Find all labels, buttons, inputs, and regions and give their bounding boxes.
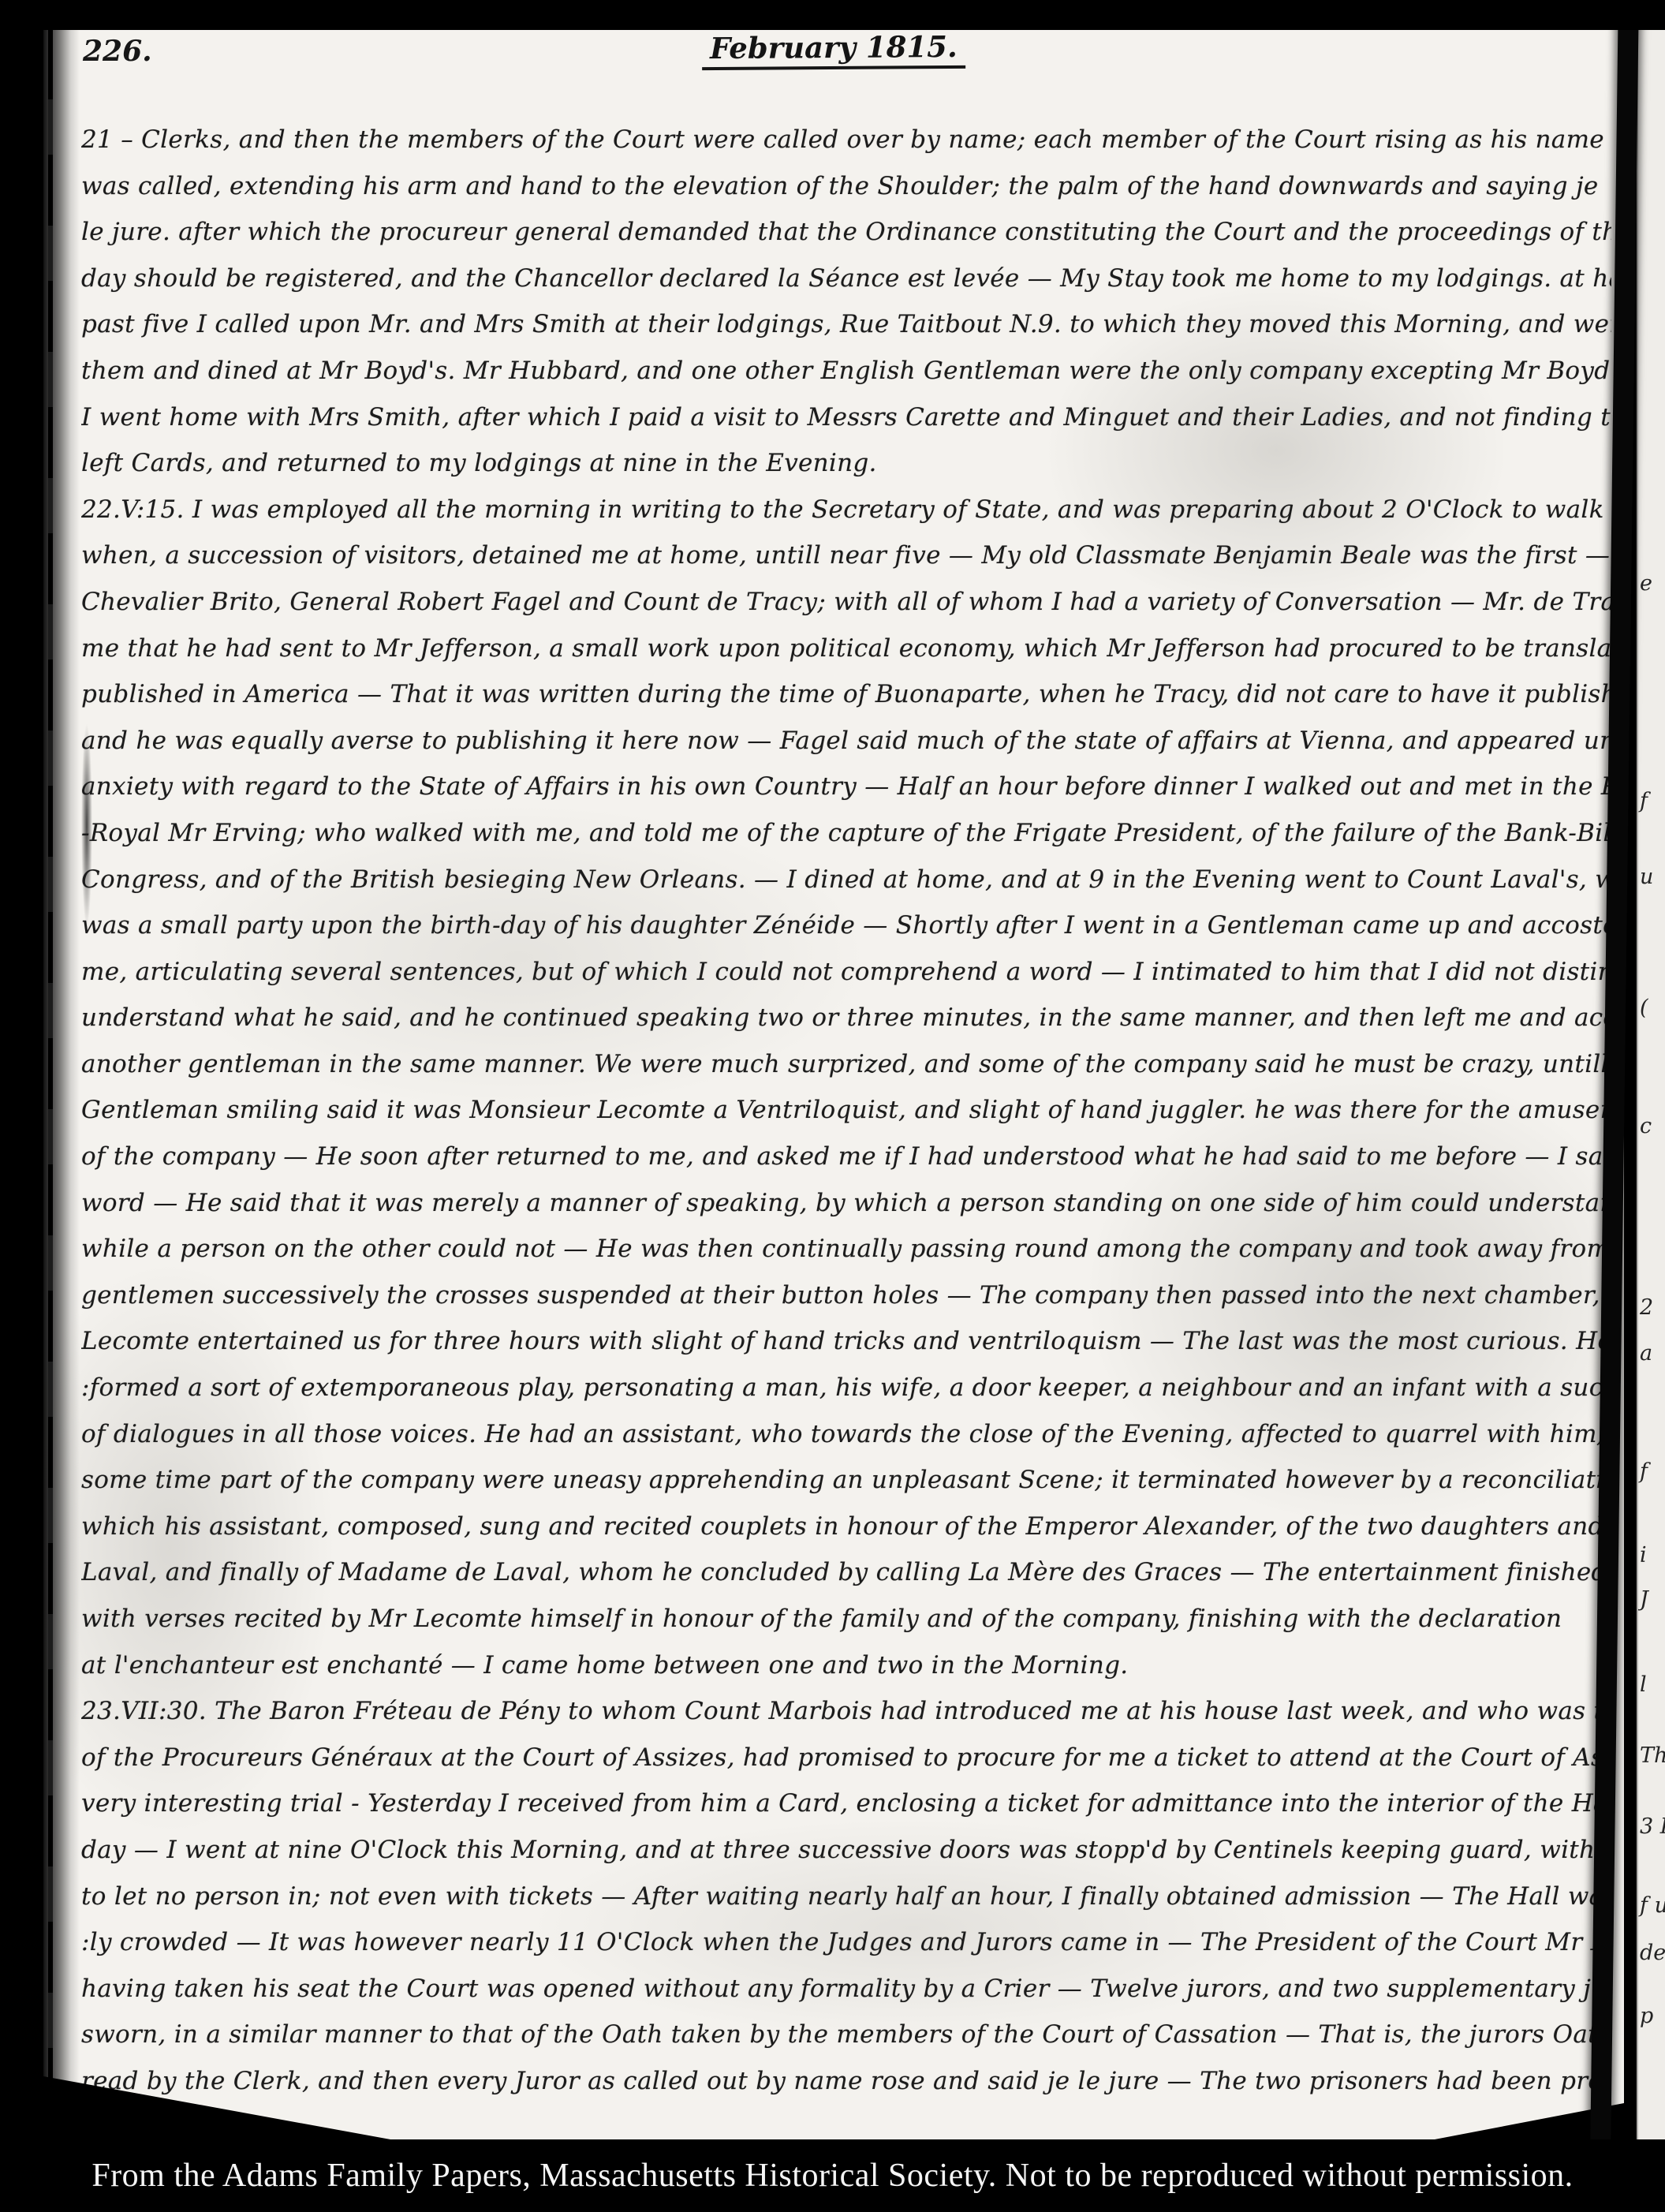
manuscript-line: :formed a sort of extemporaneous play, p… [81, 1365, 1611, 1411]
top-border [0, 0, 1665, 30]
manuscript-line: day should be registered, and the Chance… [81, 256, 1611, 302]
manuscript-lines: 21 – Clerks, and then the members of the… [81, 117, 1611, 2105]
manuscript-line: I went home with Mrs Smith, after which … [81, 394, 1611, 441]
manuscript-line: of the Procureurs Généraux at the Court … [81, 1735, 1611, 1781]
manuscript-line: while a person on the other could not — … [81, 1226, 1611, 1272]
header-row: February 1815. [43, 30, 1624, 69]
manuscript-line: :ly crowded — It was however nearly 11 O… [81, 1919, 1611, 1966]
manuscript-line: understand what he said, and he continue… [81, 995, 1611, 1041]
manuscript-line: read by the Clerk, and then every Juror … [81, 2058, 1611, 2105]
manuscript-line: published in America — That it was writt… [81, 671, 1611, 718]
manuscript-line: of the company — He soon after returned … [81, 1134, 1611, 1180]
edge-fragment: ( [1640, 996, 1648, 1020]
book-binding-shadow [43, 28, 80, 2139]
caption-text: From the Adams Family Papers, Massachuse… [91, 2157, 1573, 2195]
manuscript-line: past five I called upon Mr. and Mrs Smit… [81, 301, 1611, 348]
manuscript-line: me, articulating several sentences, but … [81, 949, 1611, 996]
manuscript-line: having taken his seat the Court was open… [81, 1966, 1611, 2012]
manuscript-line: was called, extending his arm and hand t… [81, 163, 1611, 210]
edge-fragment: u [1640, 865, 1653, 889]
manuscript-line: 21 – Clerks, and then the members of the… [81, 117, 1611, 163]
edge-fragment: p [1640, 2004, 1653, 2028]
header-date: February 1815. [702, 29, 965, 70]
manuscript-line: them and dined at Mr Boyd's. Mr Hubbard,… [81, 348, 1611, 394]
manuscript-line: Lecomte entertained us for three hours w… [81, 1318, 1611, 1365]
edge-fragment: i [1640, 1543, 1647, 1567]
scanned-diary-image: 226. February 1815. 21 – Clerks, and the… [0, 0, 1665, 2212]
caption-bar: From the Adams Family Papers, Massachuse… [0, 2139, 1665, 2212]
manuscript-line: Gentleman smiling said it was Monsieur L… [81, 1087, 1611, 1134]
edge-fragment: e [1640, 571, 1652, 596]
edge-fragment: del [1640, 1941, 1665, 1965]
manuscript-line: le jure. after which the procureur gener… [81, 209, 1611, 256]
manuscript-line: some time part of the company were uneas… [81, 1457, 1611, 1504]
edge-fragment: Th [1640, 1743, 1665, 1768]
manuscript-line: to let no person in; not even with ticke… [81, 1874, 1611, 1920]
manuscript-line: with verses recited by Mr Lecomte himsel… [81, 1596, 1611, 1642]
edge-fragment: l [1640, 1672, 1647, 1697]
edge-fragment: 3 F [1640, 1814, 1665, 1839]
manuscript-line: anxiety with regard to the State of Affa… [81, 764, 1611, 810]
manuscript-line: Laval, and finally of Madame de Laval, w… [81, 1549, 1611, 1596]
manuscript-line: gentlemen successively the crosses suspe… [81, 1272, 1611, 1319]
edge-fragment: c [1640, 1114, 1652, 1138]
manuscript-line: and he was equally averse to publishing … [81, 718, 1611, 764]
manuscript-line: Chevalier Brito, General Robert Fagel an… [81, 579, 1611, 626]
edge-fragment: 2 [1640, 1295, 1653, 1320]
manuscript-line: which his assistant, composed, sung and … [81, 1504, 1611, 1550]
edge-fragment: a [1640, 1341, 1652, 1366]
manuscript-line: me that he had sent to Mr Jefferson, a s… [81, 626, 1611, 672]
edge-fragment: f [1640, 1459, 1648, 1484]
edge-fragment: J [1640, 1587, 1648, 1612]
manuscript-line: 23.VII:30. The Baron Fréteau de Pény to … [81, 1688, 1611, 1735]
manuscript-line: word — He said that it was merely a mann… [81, 1180, 1611, 1227]
manuscript-line: another gentleman in the same manner. We… [81, 1041, 1611, 1088]
manuscript-page: 226. February 1815. 21 – Clerks, and the… [43, 28, 1624, 2139]
edge-fragment: f u [1640, 1893, 1665, 1918]
edge-fragment: f [1640, 789, 1648, 813]
manuscript-line: of dialogues in all those voices. He had… [81, 1411, 1611, 1458]
manuscript-line: Congress, and of the British besieging N… [81, 857, 1611, 903]
manuscript-line: left Cards, and returned to my lodgings … [81, 440, 1611, 487]
manuscript-line: at l'enchanteur est enchanté — I came ho… [81, 1642, 1611, 1689]
facing-page-sliver: efu(c2afiJlTh3 Ff udelp [1637, 28, 1665, 2139]
manuscript-line: day — I went at nine O'Clock this Mornin… [81, 1827, 1611, 1874]
manuscript-line: -Royal Mr Erving; who walked with me, an… [81, 810, 1611, 857]
manuscript-line: very interesting trial - Yesterday I rec… [81, 1780, 1611, 1827]
manuscript-line: when, a succession of visitors, detained… [81, 532, 1611, 579]
manuscript-line: was a small party upon the birth-day of … [81, 902, 1611, 949]
manuscript-line: sworn, in a similar manner to that of th… [81, 2012, 1611, 2058]
manuscript-line: 22.V:15. I was employed all the morning … [81, 487, 1611, 533]
